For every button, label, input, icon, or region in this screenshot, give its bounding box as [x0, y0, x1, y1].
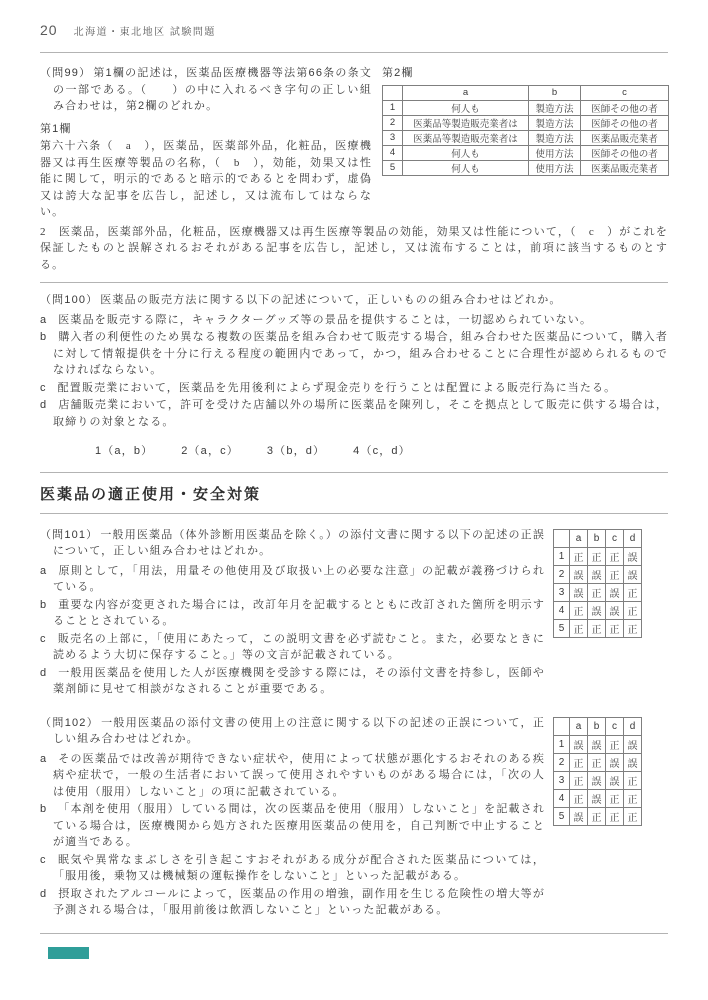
table-header-cell: a	[403, 85, 529, 100]
table-cell: 誤	[606, 753, 624, 771]
table-row: 3医薬品等製造販売業者は製造方法医薬品販売業者	[383, 130, 669, 145]
q99-label: （問99）	[40, 67, 91, 79]
statement-item: aその医薬品では改善が期待できない症状や，使用によって状態が悪化するおそれのある…	[40, 751, 545, 801]
table-cell: 4	[383, 145, 403, 160]
table-cell: 正	[624, 771, 642, 789]
table-cell: 3	[383, 130, 403, 145]
statement-text: 原則として，「用法，用量その他使用及び取扱い上の必要な注意」の記載が義務づけられ…	[53, 565, 545, 594]
q100-stem: （問100）医薬品の販売方法に関する以下の記述について，正しいものの組み合わせは…	[40, 292, 668, 309]
table-cell: 正	[624, 807, 642, 825]
table-row: 2誤誤正誤	[554, 565, 642, 583]
table-header-cell: c	[606, 529, 624, 547]
footer-divider	[40, 933, 668, 934]
table-header-cell: b	[588, 717, 606, 735]
answer-option: 4（c，d）	[353, 443, 411, 460]
table-cell: 1	[383, 100, 403, 115]
q99-stem-text: 第1欄の記述は，医薬品医療機器等法第66条の条文の一部である。（ ）の中に入れる…	[53, 67, 372, 112]
table-row: 4正誤誤正	[554, 601, 642, 619]
statement-text: 摂取されたアルコールによって，医薬品の作用の増強，副作用を生じる危険性の増大等が…	[53, 888, 545, 917]
q102-label: （問102）	[40, 717, 99, 729]
statement-item: c販売名の上部に，「使用にあたって，この説明文書を必ず読むこと。また，必要なとき…	[40, 631, 545, 664]
table-cell: 誤	[588, 565, 606, 583]
statement-key: d	[40, 399, 47, 411]
statement-key: d	[40, 667, 47, 679]
table-header-cell: d	[624, 717, 642, 735]
statement-item: d店舗販売業において，許可を受けた店舗以外の場所に医薬品を陳列し，そこを拠点とし…	[40, 397, 668, 430]
table-cell: 誤	[588, 771, 606, 789]
statement-text: 店舗販売業において，許可を受けた店舗以外の場所に医薬品を陳列し，そこを拠点として…	[53, 399, 668, 428]
table-cell: 正	[588, 753, 606, 771]
q102-stem-text: 一般用医薬品の添付文書の使用上の注意に関する以下の記述の正誤について，正しい組み…	[53, 717, 545, 746]
table-cell: 誤	[588, 601, 606, 619]
table-row: 4何人も使用方法医師その他の者	[383, 145, 669, 160]
table-cell: 2	[554, 753, 570, 771]
table-row: 3正誤誤正	[554, 771, 642, 789]
table-cell: 正	[588, 619, 606, 637]
table-cell: 医薬品等製造販売業者は	[403, 130, 529, 145]
statement-text: 重要な内容が変更された場合には，改訂年月を記載するとともに改訂された箇所を明示す…	[53, 599, 545, 628]
table-cell: 正	[606, 735, 624, 753]
question-100: （問100）医薬品の販売方法に関する以下の記述について，正しいものの組み合わせは…	[40, 292, 668, 460]
table-cell: 正	[606, 807, 624, 825]
q100-statements: a医薬品を販売する際に，キャラクターグッズ等の景品を提供することは，一切認められ…	[40, 312, 668, 431]
table-cell: 誤	[570, 807, 588, 825]
page-header: 20 北海道・東北地区 試験問題	[40, 22, 668, 38]
table-row: 2医薬品等製造販売業者は製造方法医師その他の者	[383, 115, 669, 130]
table-cell: 使用方法	[529, 160, 581, 175]
statement-item: b「本剤を使用（服用）している間は，次の医薬品を使用（服用）しないこと」を記載さ…	[40, 801, 545, 851]
table-row: 1何人も製造方法医師その他の者	[383, 100, 669, 115]
footer-color-tab	[48, 947, 89, 959]
statement-key: a	[40, 565, 47, 577]
statement-text: 眠気や異常なまぶしさを引き起こすおそれがある成分が配合された医薬品については，「…	[53, 854, 545, 883]
table-cell: 正	[588, 583, 606, 601]
statement-item: a医薬品を販売する際に，キャラクターグッズ等の景品を提供することは，一切認められ…	[40, 312, 668, 329]
table-cell: 正	[588, 807, 606, 825]
table-cell: 製造方法	[529, 100, 581, 115]
question-99: （問99）第1欄の記述は，医薬品医療機器等法第66条の条文の一部である。（ ）の…	[40, 65, 668, 221]
statement-key: b	[40, 331, 47, 343]
header-title: 北海道・東北地区 試験問題	[74, 23, 216, 38]
table-cell: 1	[554, 547, 570, 565]
q101-statements: a原則として，「用法，用量その他使用及び取扱い上の必要な注意」の記載が義務づけら…	[40, 563, 545, 698]
table-cell: 医師その他の者	[581, 100, 669, 115]
q101-label: （問101）	[40, 529, 98, 541]
q102-statements: aその医薬品では改善が期待できない症状や，使用によって状態が悪化するおそれのある…	[40, 751, 545, 919]
table-row: 5正正正正	[554, 619, 642, 637]
table-cell: 1	[554, 735, 570, 753]
exam-page: 20 北海道・東北地区 試験問題 （問99）第1欄の記述は，医薬品医療機器等法第…	[0, 0, 708, 1000]
statement-item: b重要な内容が変更された場合には，改訂年月を記載するとともに改訂された箇所を明示…	[40, 597, 545, 630]
table-cell: 誤	[570, 735, 588, 753]
table-cell: 正	[570, 547, 588, 565]
page-content: 20 北海道・東北地区 試験問題 （問99）第1欄の記述は，医薬品医療機器等法第…	[0, 0, 708, 934]
table-cell: 医薬品等製造販売業者は	[403, 115, 529, 130]
table-cell: 医師その他の者	[581, 115, 669, 130]
table-cell: 誤	[624, 565, 642, 583]
q99-column2-label: 第2欄	[382, 65, 668, 82]
table-cell: 正	[570, 619, 588, 637]
q101-left-column: （問101）一般用医薬品（体外診断用医薬品を除く。）の添付文書に関する以下の記述…	[40, 527, 545, 698]
table-header-cell	[554, 529, 570, 547]
table-cell: 正	[570, 601, 588, 619]
statement-text: 医薬品を販売する際に，キャラクターグッズ等の景品を提供することは，一切認められて…	[58, 314, 592, 326]
table-cell: 医師その他の者	[581, 145, 669, 160]
table-cell: 正	[624, 619, 642, 637]
answer-option: 2（a，c）	[181, 443, 239, 460]
statement-item: d摂取されたアルコールによって，医薬品の作用の増強，副作用を生じる危険性の増大等…	[40, 886, 545, 919]
q102-stem: （問102）一般用医薬品の添付文書の使用上の注意に関する以下の記述の正誤について…	[40, 715, 545, 748]
table-header-cell: c	[606, 717, 624, 735]
table-cell: 何人も	[403, 100, 529, 115]
table-cell: 5	[554, 807, 570, 825]
table-cell: 誤	[606, 601, 624, 619]
table-cell: 誤	[624, 735, 642, 753]
table-cell: 何人も	[403, 160, 529, 175]
question-102: （問102）一般用医薬品の添付文書の使用上の注意に関する以下の記述の正誤について…	[40, 715, 668, 919]
table-cell: 何人も	[403, 145, 529, 160]
statement-text: 配置販売業において，医薬品を先用後利によらず現金売りを行うことは配置による販売行…	[58, 382, 617, 394]
table-header-row: abcd	[554, 529, 642, 547]
table-header-cell: b	[529, 85, 581, 100]
table-cell: 誤	[588, 735, 606, 753]
q99-left-column: （問99）第1欄の記述は，医薬品医療機器等法第66条の条文の一部である。（ ）の…	[40, 65, 372, 221]
q101-stem: （問101）一般用医薬品（体外診断用医薬品を除く。）の添付文書に関する以下の記述…	[40, 527, 545, 560]
table-row: 3誤正誤正	[554, 583, 642, 601]
statement-item: c眠気や異常なまぶしさを引き起こすおそれがある成分が配合された医薬品については，…	[40, 852, 545, 885]
table-cell: 正	[624, 601, 642, 619]
table-header-cell	[383, 85, 403, 100]
answer-option: 1（a，b）	[95, 443, 153, 460]
statement-key: c	[40, 633, 47, 645]
table-cell: 正	[606, 619, 624, 637]
table-row: 2正正誤誤	[554, 753, 642, 771]
table-row: 1正正正誤	[554, 547, 642, 565]
q101-stem-text: 一般用医薬品（体外診断用医薬品を除く。）の添付文書に関する以下の記述の正誤につい…	[53, 529, 545, 558]
table-cell: 正	[570, 771, 588, 789]
table-cell: 使用方法	[529, 145, 581, 160]
statement-key: a	[40, 753, 47, 765]
table-cell: 5	[383, 160, 403, 175]
table-cell: 製造方法	[529, 115, 581, 130]
q99-stem: （問99）第1欄の記述は，医薬品医療機器等法第66条の条文の一部である。（ ）の…	[40, 65, 372, 115]
table-cell: 正	[606, 547, 624, 565]
statement-key: b	[40, 803, 47, 815]
table-cell: 誤	[624, 547, 642, 565]
table-cell: 誤	[588, 789, 606, 807]
q102-left-column: （問102）一般用医薬品の添付文書の使用上の注意に関する以下の記述の正誤について…	[40, 715, 545, 919]
q99-answer-table: abc1何人も製造方法医師その他の者2医薬品等製造販売業者は製造方法医師その他の…	[382, 85, 669, 176]
table-cell: 正	[624, 583, 642, 601]
statement-key: c	[40, 854, 47, 866]
table-header-cell: a	[570, 529, 588, 547]
table-cell: 誤	[606, 583, 624, 601]
table-cell: 2	[554, 565, 570, 583]
table-cell: 誤	[606, 771, 624, 789]
table-cell: 5	[554, 619, 570, 637]
q100-stem-text: 医薬品の販売方法に関する以下の記述について，正しいものの組み合わせはどれか。	[100, 294, 561, 306]
statement-text: 購入者の利便性のため異なる複数の医薬品を組み合わせて販売する場合，組み合わせた医…	[53, 331, 668, 376]
table-header-cell: d	[624, 529, 642, 547]
statement-text: 「本剤を使用（服用）している間は，次の医薬品を使用（服用）しないこと」を記載され…	[53, 803, 545, 848]
table-header-cell: a	[570, 717, 588, 735]
q99-column1-text: 第六十六条（ a ），医薬品，医薬部外品，化粧品，医療機器又は再生医療等製品の名…	[40, 138, 372, 221]
table-cell: 医薬品販売業者	[581, 130, 669, 145]
statement-text: 販売名の上部に，「使用にあたって，この説明文書を必ず読むこと。また，必要なときに…	[53, 633, 545, 662]
table-cell: 正	[570, 753, 588, 771]
table-cell: 3	[554, 583, 570, 601]
table-cell: 4	[554, 789, 570, 807]
divider	[40, 52, 668, 53]
q100-label: （問100）	[40, 294, 98, 306]
table-header-cell: b	[588, 529, 606, 547]
table-cell: 製造方法	[529, 130, 581, 145]
table-cell: 正	[606, 789, 624, 807]
table-row: 1誤誤正誤	[554, 735, 642, 753]
statement-key: c	[40, 382, 47, 394]
table-cell: 誤	[570, 565, 588, 583]
table-row: 5何人も使用方法医薬品販売業者	[383, 160, 669, 175]
statement-item: a原則として，「用法，用量その他使用及び取扱い上の必要な注意」の記載が義務づけら…	[40, 563, 545, 596]
table-cell: 正	[588, 547, 606, 565]
table-cell: 4	[554, 601, 570, 619]
question-101: （問101）一般用医薬品（体外診断用医薬品を除く。）の添付文書に関する以下の記述…	[40, 527, 668, 698]
q99-right-column: 第2欄 abc1何人も製造方法医師その他の者2医薬品等製造販売業者は製造方法医師…	[382, 65, 668, 221]
q99-column1-label: 第1欄	[40, 121, 372, 138]
q99-column1-text2: 2 医薬品，医薬部外品，化粧品，医療機器又は再生医療等製品の効能，効果又は性能に…	[40, 224, 668, 274]
divider	[40, 472, 668, 473]
page-number: 20	[40, 22, 58, 38]
q100-answer-options: 1（a，b）2（a，c）3（b，d）4（c，d）	[95, 443, 668, 460]
answer-option: 3（b，d）	[267, 443, 325, 460]
table-row: 4正誤正正	[554, 789, 642, 807]
table-header-cell: c	[581, 85, 669, 100]
section-title: 医薬品の適正使用・安全対策	[40, 483, 668, 504]
statement-key: b	[40, 599, 47, 611]
statement-text: 一般用医薬品を使用した人が医療機関を受診する際には，その添付文書を持参し，医師や…	[53, 667, 545, 696]
table-cell: 誤	[624, 753, 642, 771]
table-row: 5誤正正正	[554, 807, 642, 825]
table-cell: 3	[554, 771, 570, 789]
q102-answer-table: abcd1誤誤正誤2正正誤誤3正誤誤正4正誤正正5誤正正正	[553, 717, 642, 826]
q101-answer-table: abcd1正正正誤2誤誤正誤3誤正誤正4正誤誤正5正正正正	[553, 529, 642, 638]
table-header-row: abc	[383, 85, 669, 100]
table-header-cell	[554, 717, 570, 735]
statement-item: c配置販売業において，医薬品を先用後利によらず現金売りを行うことは配置による販売…	[40, 380, 668, 397]
table-cell: 医薬品販売業者	[581, 160, 669, 175]
table-cell: 正	[624, 789, 642, 807]
statement-text: その医薬品では改善が期待できない症状や，使用によって状態が悪化するおそれのある疾…	[53, 753, 545, 798]
table-cell: 2	[383, 115, 403, 130]
statement-item: b購入者の利便性のため異なる複数の医薬品を組み合わせて販売する場合，組み合わせた…	[40, 329, 668, 379]
statement-key: d	[40, 888, 47, 900]
divider	[40, 282, 668, 283]
statement-item: d一般用医薬品を使用した人が医療機関を受診する際には，その添付文書を持参し，医師…	[40, 665, 545, 698]
table-cell: 正	[606, 565, 624, 583]
table-cell: 誤	[570, 583, 588, 601]
table-header-row: abcd	[554, 717, 642, 735]
table-cell: 正	[570, 789, 588, 807]
statement-key: a	[40, 314, 47, 326]
divider	[40, 513, 668, 514]
